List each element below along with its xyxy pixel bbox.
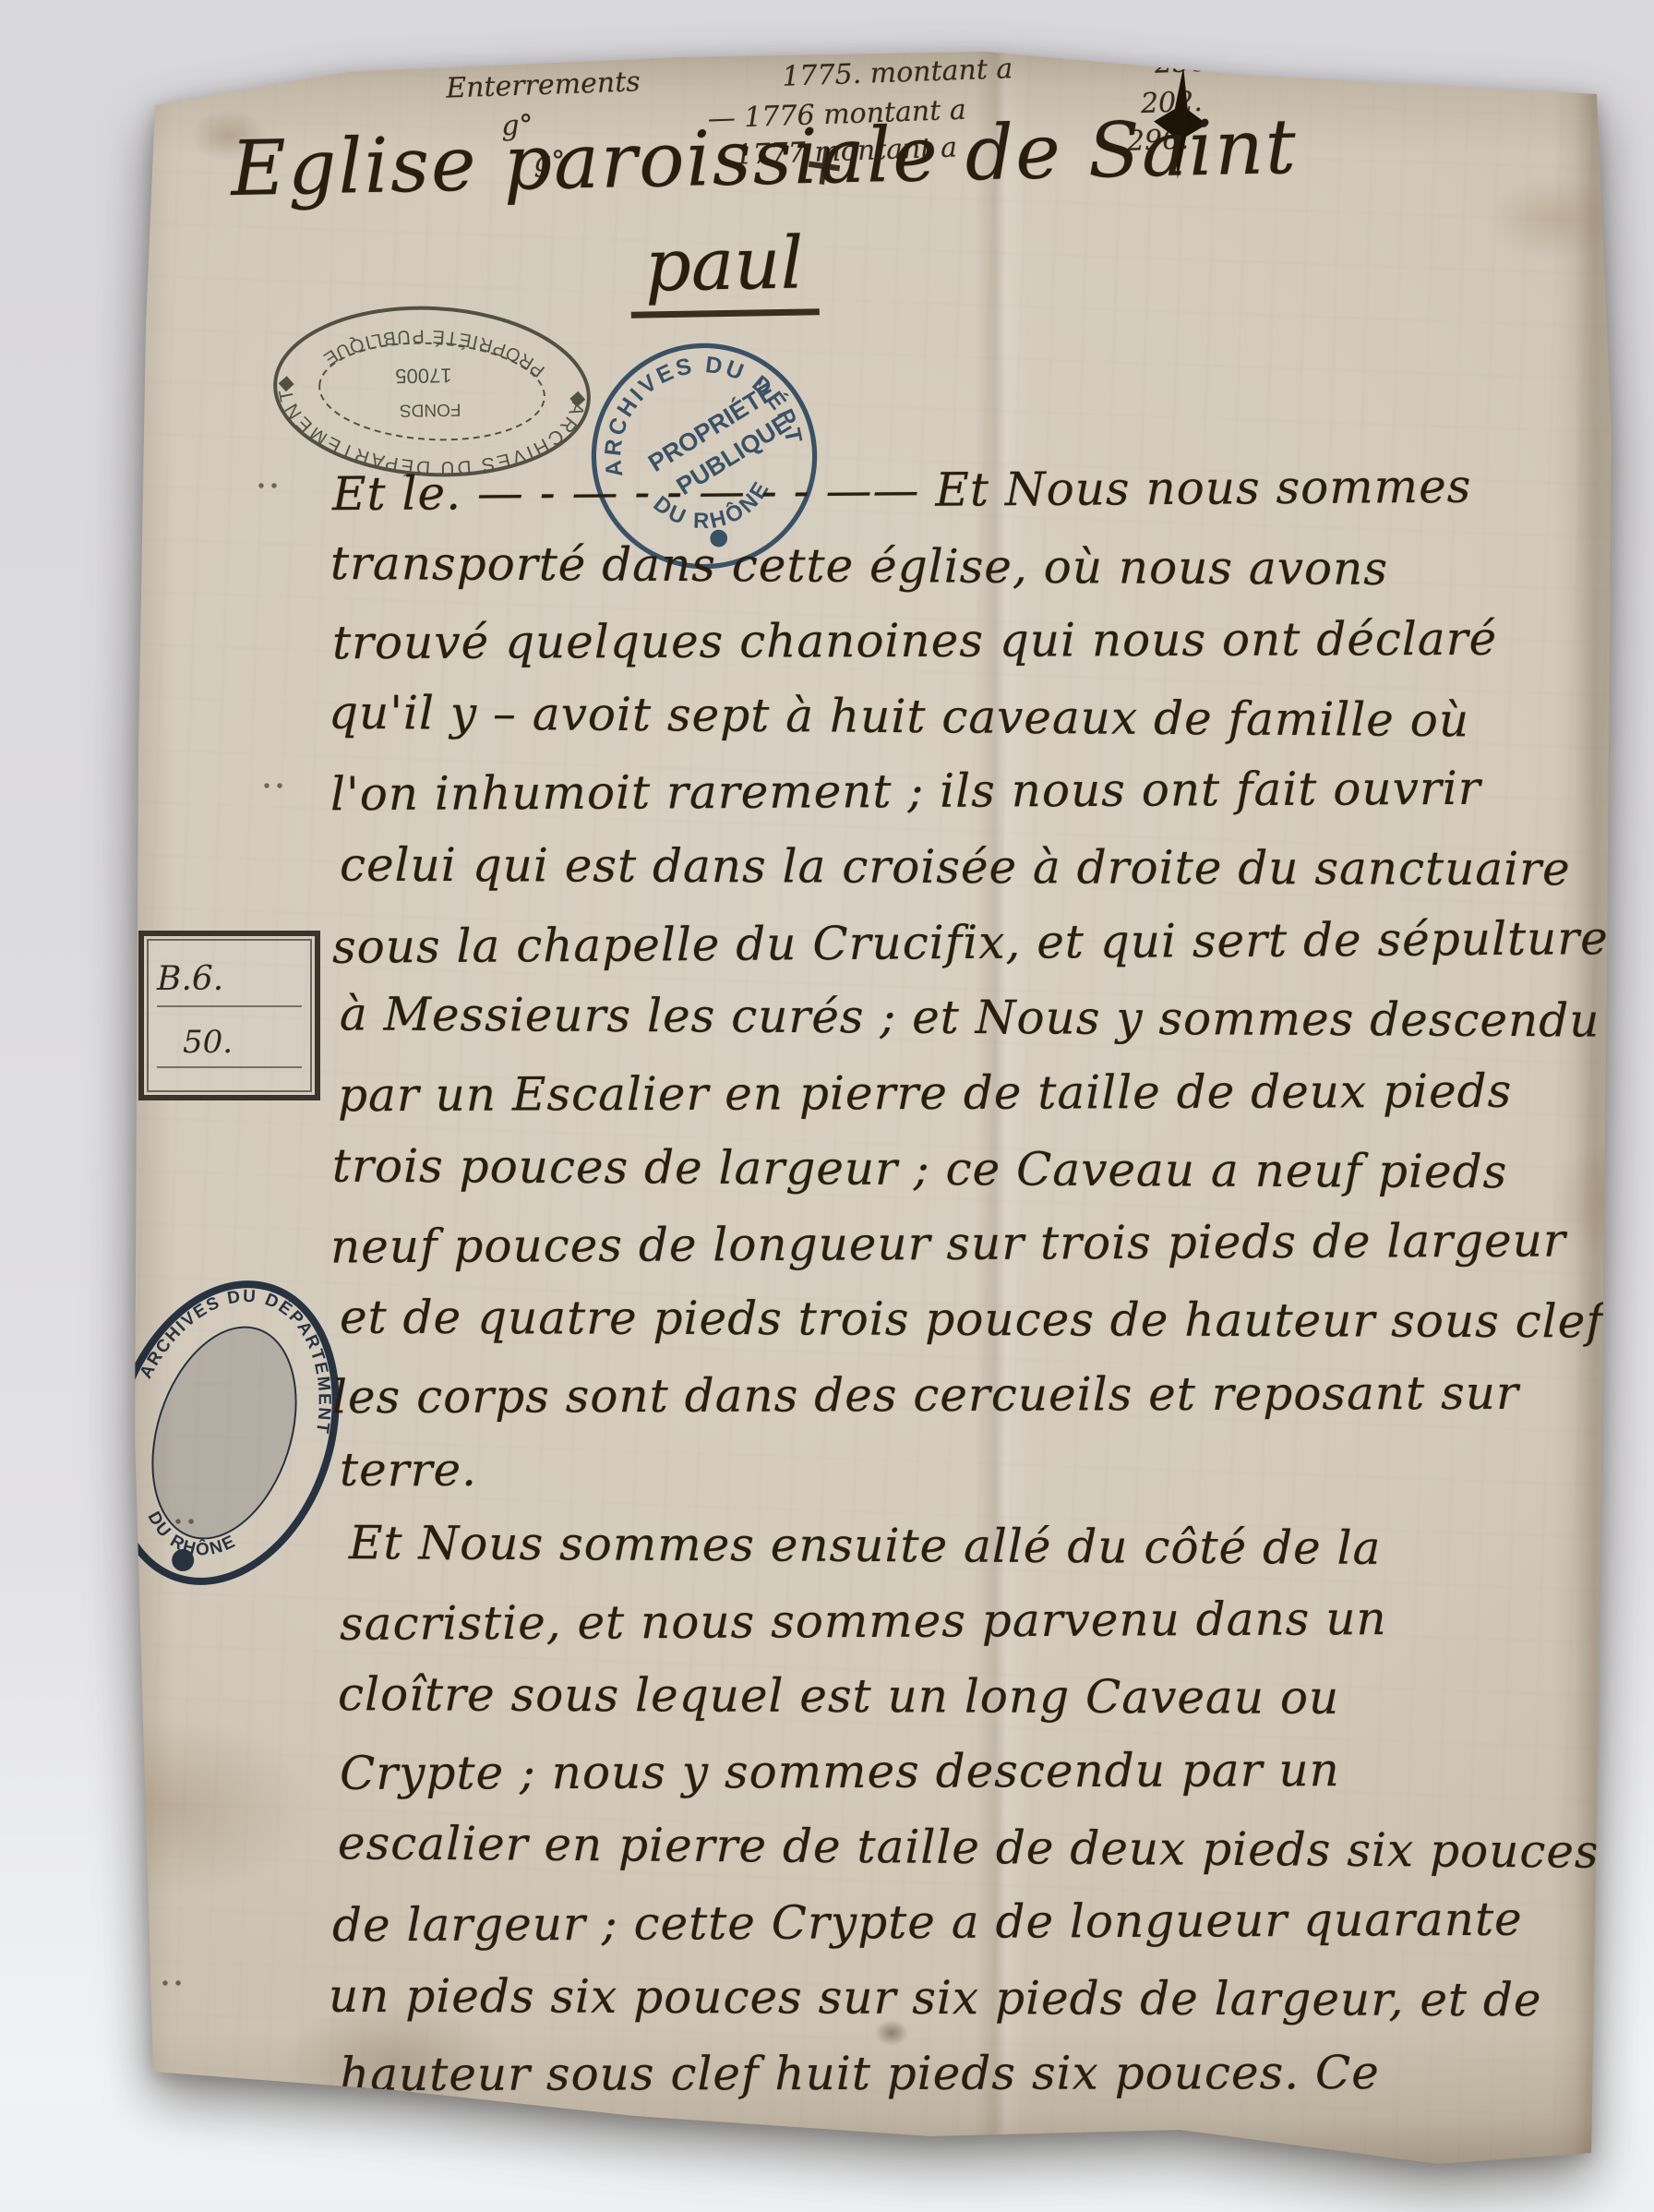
manuscript-page: Enterrements 1775. montant a 256. g° — 1…	[118, 48, 1623, 2171]
manuscript-line: les corps sont dans des cercueils et rep…	[332, 1366, 1519, 1424]
manuscript-line: trouvé quelques chanoines qui nous ont d…	[332, 612, 1497, 669]
manuscript-line: celui qui est dans la croisée à droite d…	[340, 838, 1571, 896]
manuscript-line: un pieds six pouces sur six pieds de lar…	[329, 1969, 1542, 2027]
margin-ink-dots	[257, 482, 284, 489]
manuscript-line: terre.	[340, 1443, 477, 1497]
manuscript-page-wrap: Enterrements 1775. montant a 256. g° — 1…	[118, 48, 1623, 2171]
oval-stamp-center-bottom: 17005	[395, 364, 452, 388]
margin-ink-dots	[161, 1979, 188, 1987]
oval-stamp-center-top: FONDS	[400, 400, 461, 420]
note-value: 256.	[1154, 45, 1217, 79]
manuscript-line: neuf pouces de longueur sur trois pieds …	[330, 1213, 1566, 1273]
manuscript-line: escalier en pierre de taille de deux pie…	[338, 1816, 1600, 1879]
manuscript-line: Et le. — - — - - — - - —— Et Nous nous s…	[332, 460, 1472, 522]
manuscript-line: cloître sous lequel est un long Caveau o…	[338, 1667, 1339, 1725]
manuscript-line: Crypte ; nous y sommes descendu par un	[340, 1743, 1340, 1800]
margin-ink-dots	[174, 1518, 201, 1525]
manuscript-line: qu'il y – avoit sept à huit caveaux de f…	[329, 686, 1469, 748]
manuscript-line: de largeur ; cette Crypte a de longueur …	[332, 1893, 1523, 1953]
manuscript-line: à Messieurs les curés ; et Nous y sommes…	[340, 987, 1600, 1047]
page-title: Eglise paroissiale de Saint	[230, 103, 1299, 213]
svg-text:ARCHIVES DU DÉPT: ARCHIVES DU DÉPT	[583, 335, 808, 479]
manuscript-line: l'on inhumoit rarement ; ils nous ont fa…	[330, 762, 1481, 822]
oval-archive-stamp: ARCHIVES DU DÉPARTEMENT PROPRIÉTÉ PUBLIQ…	[261, 291, 603, 493]
manuscript-line: Et Nous sommes ensuite allé du côté de l…	[349, 1516, 1382, 1575]
manuscript-line: sacristie, et nous sommes parvenu dans u…	[340, 1592, 1387, 1651]
classification-number: 50.	[157, 1024, 302, 1068]
manuscript-line: trois pouces de largeur ; ce Caveau a ne…	[332, 1139, 1508, 1199]
edge-archive-stamp: ARCHIVES DU DÉPARTEMENT DU RHÔNE	[27, 1211, 422, 1653]
page-title-word-paul: paul	[629, 222, 819, 319]
round-stamp-arc-top: ARCHIVES DU DÉPT	[583, 335, 808, 479]
manuscript-line: transporté dans cette église, où nous av…	[330, 536, 1388, 595]
note-entry: 1775. montant a	[782, 53, 1013, 93]
classification-series: B.6.	[157, 960, 302, 1007]
photo-background: { "photo": { "paper_color": "#d4cbbc", "…	[0, 0, 1654, 2212]
margin-ink-dots	[262, 782, 290, 789]
classification-label: B.6. 50.	[138, 931, 320, 1100]
manuscript-line: sous la chapelle du Crucifix, et qui ser…	[332, 911, 1609, 974]
manuscript-line: par un Escalier en pierre de taille de d…	[338, 1064, 1512, 1122]
manuscript-line: hauteur sous clef huit pieds six pouces.…	[340, 2046, 1380, 2101]
manuscript-line: et de quatre pieds trois pouces de haute…	[340, 1291, 1618, 1349]
note-prefix: Enterrements	[446, 66, 641, 104]
